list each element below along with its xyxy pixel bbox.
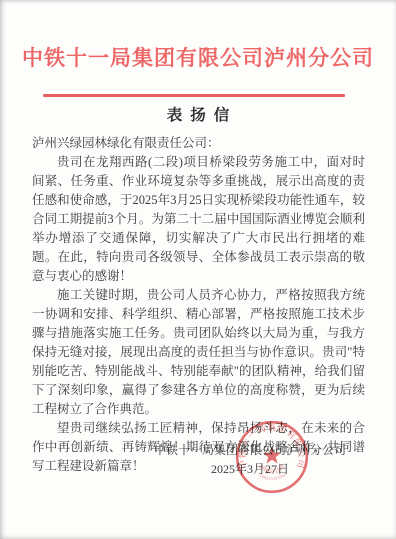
commendation-letter-page: 中铁十一局集团有限公司泸州分公司 表扬信 泸州兴绿园林绿化有限责任公司： 贵司在… bbox=[0, 0, 396, 539]
paragraph-2: 施工关键时期，贵公司人员齐心协力，严格按照我方统一协调和安排、科学组织、精心部署… bbox=[32, 286, 365, 419]
signature-date: 2025年3月27日 bbox=[154, 460, 346, 479]
document-title: 表扬信 bbox=[0, 103, 396, 125]
signature-company: 中铁十一局集团有限公司泸州分公司 bbox=[154, 441, 346, 460]
letter-body: 泸州兴绿园林绿化有限责任公司： 贵司在龙翔西路(二段)项目桥梁段劳务施工中，面对… bbox=[32, 134, 365, 476]
company-letterhead: 中铁十一局集团有限公司泸州分公司 bbox=[0, 42, 396, 72]
paragraph-1: 贵司在龙翔西路(二段)项目桥梁段劳务施工中，面对时间紧、任务重、作业环境复杂等多… bbox=[32, 153, 365, 286]
signature-block: 中铁十一局集团有限公司泸州分公司 2025年3月27日 bbox=[154, 441, 346, 479]
letterhead-divider-line bbox=[43, 94, 345, 97]
recipient-line: 泸州兴绿园林绿化有限责任公司： bbox=[32, 134, 365, 153]
